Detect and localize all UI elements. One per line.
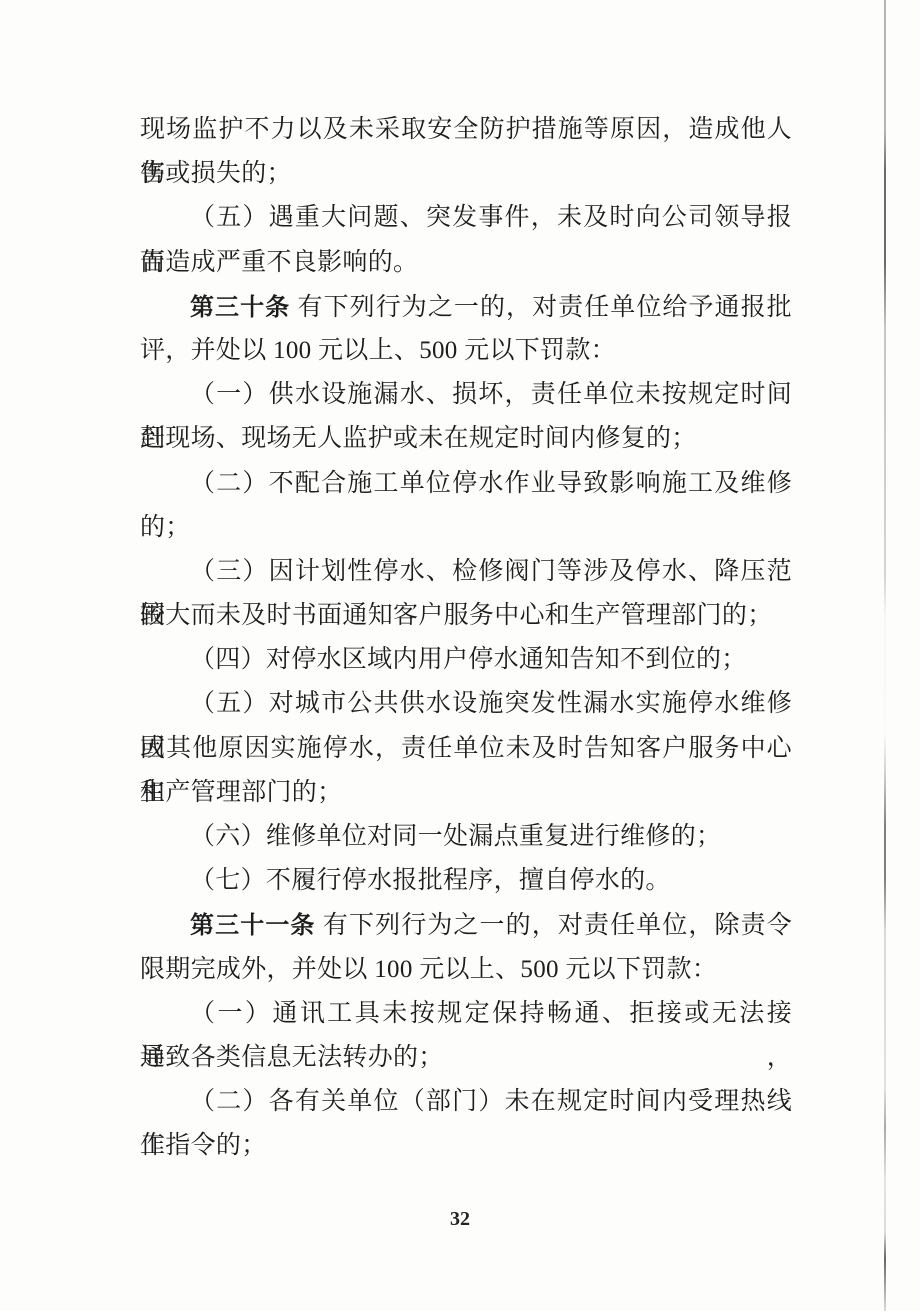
text-line: （五）遇重大问题、突发事件，未及时向公司领导报告	[140, 196, 792, 240]
text-line: 较大而未及时书面通知客户服务中心和生产管理部门的；	[140, 594, 792, 638]
text-line: （二）各有关单位（部门）未在规定时间内受理热线工	[140, 1080, 792, 1124]
text-line: （四）对停水区域内用户停水通知告知不到位的；	[140, 638, 792, 682]
text-line: 作指令的；	[140, 1124, 792, 1168]
document-page: 现场监护不力以及未采取安全防护措施等原因，造成他人伤害或损失的；（五）遇重大问题…	[0, 0, 920, 1311]
text-line: 因其他原因实施停水，责任单位未及时告知客户服务中心和	[140, 727, 792, 771]
text-line: 到现场、现场无人监护或未在规定时间内修复的；	[140, 417, 792, 461]
text-line: 生产管理部门的；	[140, 771, 792, 815]
article-number: 第三十条	[190, 293, 290, 321]
text-line: （一）供水设施漏水、损坏，责任单位未按规定时间赶	[140, 373, 792, 417]
article-number: 第三十一条	[190, 911, 316, 939]
document-body: 现场监护不力以及未采取安全防护措施等原因，造成他人伤害或损失的；（五）遇重大问题…	[140, 108, 792, 1169]
text-line: 限期完成外，并处以 100 元以上、500 元以下罚款：	[140, 948, 792, 992]
text-line: （七）不履行停水报批程序，擅自停水的。	[140, 859, 792, 903]
page-number: 32	[0, 1208, 920, 1231]
text-line: （五）对城市公共供水设施突发性漏水实施停水维修或	[140, 682, 792, 726]
text-line: 而造成严重不良影响的。	[140, 241, 792, 285]
text-line: （三）因计划性停水、检修阀门等涉及停水、降压范围	[140, 550, 792, 594]
text-line: 第三十一条 有下列行为之一的，对责任单位，除责令	[140, 903, 792, 947]
text-line: （一）通讯工具未按规定保持畅通、拒接或无法接通，	[140, 992, 792, 1036]
text-line: 的；	[140, 506, 792, 550]
text-line: （二）不配合施工单位停水作业导致影响施工及维修	[140, 462, 792, 506]
text-line: 评，并处以 100 元以上、500 元以下罚款：	[140, 329, 792, 373]
text-line: 第三十条 有下列行为之一的，对责任单位给予通报批	[140, 285, 792, 329]
scan-artifact-line	[884, 0, 886, 1311]
text-line: （六）维修单位对同一处漏点重复进行维修的；	[140, 815, 792, 859]
text-line: 害或损失的；	[140, 152, 792, 196]
text-line: 现场监护不力以及未采取安全防护措施等原因，造成他人伤	[140, 108, 792, 152]
